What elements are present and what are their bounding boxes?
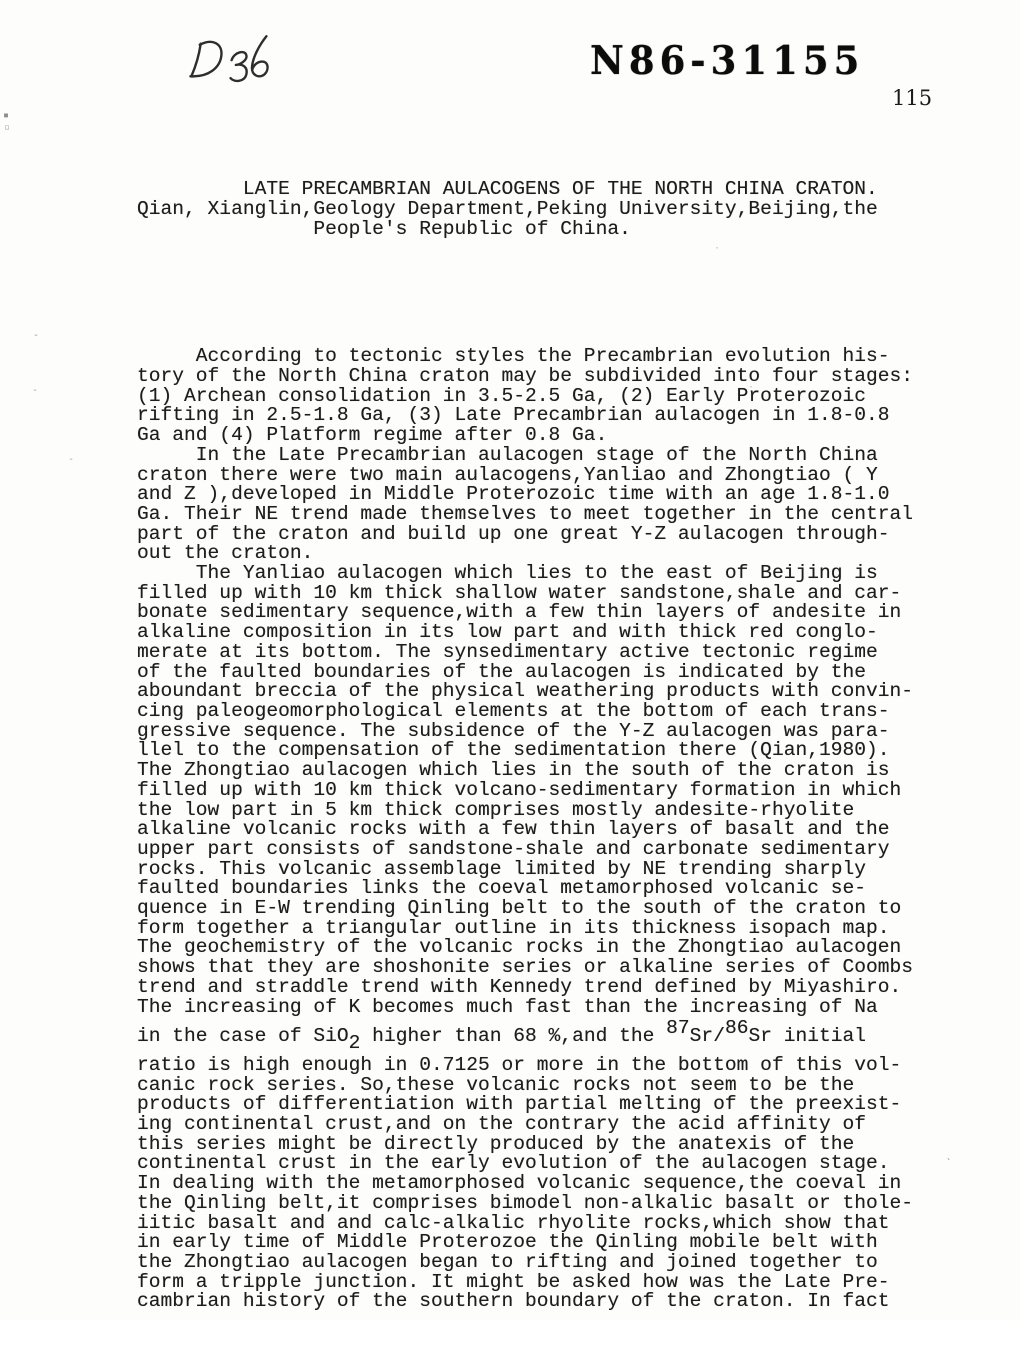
page-number: 115 <box>892 86 932 110</box>
text-line: Ga and (4) Platform regime after 0.8 Ga. <box>137 426 913 446</box>
text-line: trend and straddle trend with Kennedy tr… <box>137 978 913 998</box>
scanned-page: N86-31155 115 LATE PRECAMBRIAN AULACOGEN… <box>0 0 1020 1320</box>
text-line: quence in E-W trending Qinling belt to t… <box>137 899 913 919</box>
text-line: The increasing of K becomes much fast th… <box>137 998 913 1018</box>
handwritten-code-d36 <box>182 27 286 107</box>
header-lines: LATE PRECAMBRIAN AULACOGENS OF THE NORTH… <box>137 180 913 239</box>
text-line: alkaline composition in its low part and… <box>137 623 913 643</box>
text-line: ing continental crust,and on the contrar… <box>137 1115 913 1135</box>
scan-speck: - <box>32 385 38 396</box>
text-line: People's Republic of China. <box>137 220 913 240</box>
scan-speck: ▪ <box>3 110 9 121</box>
text-line: the Qinling belt,it comprises bimodel no… <box>137 1194 913 1214</box>
text-line: upper part consists of sandstone-shale a… <box>137 840 913 860</box>
text-line: shows that they are shoshonite series or… <box>137 958 913 978</box>
text-line: In the Late Precambrian aulacogen stage … <box>137 446 913 466</box>
text-line: in the case of SiO2 higher than 68 %,and… <box>137 1027 913 1047</box>
body-lines: According to tectonic styles the Precamb… <box>137 347 913 1312</box>
superscript: 86 <box>725 1017 749 1039</box>
scan-speck: ▫ <box>4 122 10 133</box>
text-line: alkaline volcanic rocks with a few thin … <box>137 820 913 840</box>
scan-speck: - <box>33 330 39 341</box>
superscript: 87 <box>666 1017 690 1039</box>
text-line: In dealing with the metamorphosed volcan… <box>137 1174 913 1194</box>
text-line: the Zhongtiao aulacogen began to rifting… <box>137 1253 913 1273</box>
scan-speck: · <box>714 243 720 254</box>
text-line: Ga. Their NE trend made themselves to me… <box>137 505 913 525</box>
text-line: merate at its bottom. The synsedimentary… <box>137 643 913 663</box>
text-line: cambrian history of the southern boundar… <box>137 1292 913 1312</box>
scan-speck: · <box>736 1228 742 1239</box>
text-line: The Zhongtiao aulacogen which lies in th… <box>137 761 913 781</box>
text-segment: in the case of SiO <box>137 1025 349 1047</box>
scan-speck: · <box>677 1250 683 1261</box>
scan-speck: ` <box>946 1158 952 1169</box>
text-line: in early time of Middle Proterozoe the Q… <box>137 1233 913 1253</box>
scan-speck: · <box>806 1214 812 1225</box>
header-body-gap <box>137 279 913 308</box>
document-text: LATE PRECAMBRIAN AULACOGENS OF THE NORTH… <box>137 141 913 1320</box>
subscript: 2 <box>349 1032 361 1054</box>
text-line: filled up with 10 km thick volcano-sedim… <box>137 781 913 801</box>
scan-speck: · <box>748 382 754 393</box>
text-line: Qian, Xianglin,Geology Department,Peking… <box>137 200 913 220</box>
text-line: ratio is high enough in 0.7125 or more i… <box>137 1056 913 1076</box>
text-segment: Sr initial <box>748 1025 866 1047</box>
scan-speck: - <box>68 454 74 465</box>
text-line: and Z ),developed in Middle Proterozoic … <box>137 485 913 505</box>
text-line: cing paleogeomorphological elements at t… <box>137 702 913 722</box>
accession-number-stamp: N86-31155 <box>590 37 864 84</box>
handwriting-icon <box>182 27 286 102</box>
text-segment: Sr/ <box>690 1025 725 1047</box>
text-segment: higher than 68 %,and the <box>360 1025 666 1047</box>
scan-speck: · <box>640 1293 646 1304</box>
text-line: tory of the North China craton may be su… <box>137 367 913 387</box>
text-line: The Yanliao aulacogen which lies to the … <box>137 564 913 584</box>
